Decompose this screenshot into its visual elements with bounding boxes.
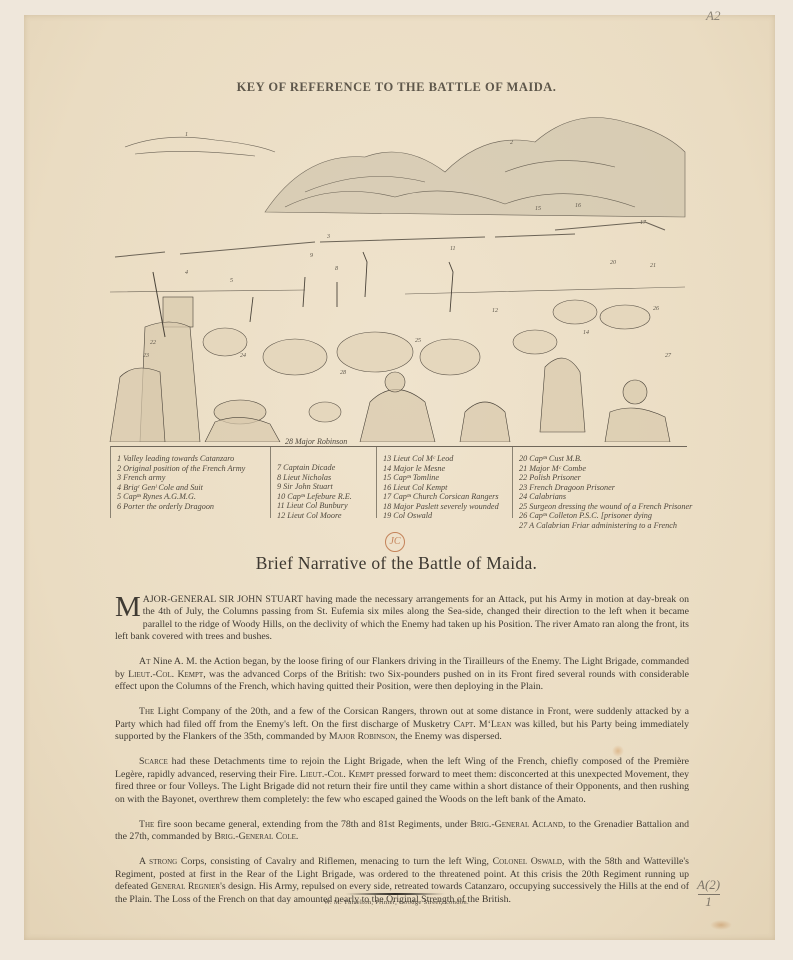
svg-text:2: 2 xyxy=(510,140,513,146)
svg-text:16: 16 xyxy=(575,203,581,209)
svg-text:17: 17 xyxy=(640,220,647,226)
svg-text:14: 14 xyxy=(583,329,589,336)
person-name: Lieut.-Col. Kempt xyxy=(128,669,203,680)
person-name: Capt. M‘Lean xyxy=(454,719,512,730)
person-name: Brig.-General Cole xyxy=(214,831,296,842)
legend-item: 2 Original position of the French Army xyxy=(117,464,266,474)
legend-item: 23 French Dragoon Prisoner xyxy=(519,483,683,493)
narrative-paragraph-1: MAJOR-GENERAL SIR JOHN STUART having mad… xyxy=(115,594,689,644)
narrative-paragraph-3: The Light Company of the 20th, and a few… xyxy=(115,706,689,743)
paragraph-lead: Scarce xyxy=(139,756,168,767)
svg-text:28: 28 xyxy=(340,370,346,376)
svg-text:4: 4 xyxy=(185,269,188,276)
legend-item: 20 Capᵗⁿ Cust M.B. xyxy=(519,454,683,464)
legend-item: 14 Major le Mesne xyxy=(383,464,508,474)
person-name: General Regnier xyxy=(151,881,220,892)
paragraph-text: . xyxy=(296,831,298,842)
drop-cap: M xyxy=(115,595,141,619)
paragraph-text: fire soon became general, extending from… xyxy=(154,819,470,830)
legend-item: 6 Porter the orderly Dragoon xyxy=(117,502,266,512)
legend-item: 21 Major Mᶜ Combe xyxy=(519,464,683,474)
legend-column-1: 1 Valley leading towards Catanzaro 2 Ori… xyxy=(111,447,271,518)
legend-item: 17 Capᵗⁿ Church Corsican Rangers xyxy=(383,492,508,502)
printer-imprint: W. M. Thiselton, Printer, Goodge Street,… xyxy=(0,899,793,906)
legend-item: 7 Captain Dicade xyxy=(277,463,372,473)
narrative-paragraph-4: Scarce had these Detachments time to rej… xyxy=(115,756,689,806)
legend-item: 4 Brigʳ Genˡ Cole and Suit xyxy=(117,483,266,493)
narrative-body: MAJOR-GENERAL SIR JOHN STUART having mad… xyxy=(115,594,689,919)
legend-item: 10 Capᵗⁿ Lefebure R.E. xyxy=(277,492,372,502)
paragraph-lead: At xyxy=(139,656,150,667)
svg-text:20: 20 xyxy=(610,260,616,266)
svg-text:23: 23 xyxy=(143,353,149,359)
svg-text:11: 11 xyxy=(450,246,456,252)
legend-column-4: 20 Capᵗⁿ Cust M.B. 21 Major Mᶜ Combe 22 … xyxy=(513,447,687,518)
engraving-illustration: 1 2 3 9 11 5 4 8 16 15 17 20 21 12 26 22… xyxy=(105,112,695,442)
printer-divider xyxy=(345,893,445,895)
legend-item: 13 Lieut Col Mᶜ Leod xyxy=(383,454,508,464)
paragraph-lead: The xyxy=(139,819,154,830)
person-name: Brig.-General Acland xyxy=(470,819,563,830)
legend-item: 3 French army xyxy=(117,473,266,483)
svg-text:15: 15 xyxy=(535,206,541,212)
svg-text:12: 12 xyxy=(492,308,498,314)
svg-text:25: 25 xyxy=(415,338,421,344)
legend-item: 11 Lieut Col Bunbury xyxy=(277,501,372,511)
legend-item: 24 Calabrians xyxy=(519,492,683,502)
person-name: Lieut.-Col. Kempt xyxy=(300,769,374,780)
legend-column-3: 13 Lieut Col Mᶜ Leod 14 Major le Mesne 1… xyxy=(377,447,513,518)
legend-item: 27 A Calabrian Friar administering to a … xyxy=(519,521,683,531)
person-name: Major Robinson xyxy=(329,731,395,742)
narrative-paragraph-2: At Nine A. M. the Action began, by the l… xyxy=(115,656,689,693)
legend-item: 22 Polish Prisoner xyxy=(519,473,683,483)
svg-text:8: 8 xyxy=(335,266,338,272)
svg-text:27: 27 xyxy=(665,353,672,359)
archive-mark-bottom: 1 xyxy=(705,894,712,909)
paragraph-text: Corps, consisting of Cavalry and Rifleme… xyxy=(177,856,492,867)
legend-column-2: 7 Captain Dicade 8 Lieut Nicholas 9 Sir … xyxy=(271,447,377,518)
legend-item: 12 Lieut Col Moore xyxy=(277,511,372,521)
narrative-title: Brief Narrative of the Battle of Maida. xyxy=(0,553,793,574)
narrative-paragraph-5: The fire soon became general, extending … xyxy=(115,819,689,844)
paragraph-lead: The xyxy=(139,706,154,717)
svg-text:5: 5 xyxy=(230,278,233,284)
svg-text:1: 1 xyxy=(185,132,188,138)
paragraph-text: , the Enemy was dispersed. xyxy=(395,731,502,742)
legend-item: 9 Sir John Stuart xyxy=(277,482,372,492)
legend-item: 1 Valley leading towards Catanzaro xyxy=(117,454,266,464)
legend-item: 5 Capᵗⁿ Rynes A.G.M.G. xyxy=(117,492,266,502)
svg-text:24: 24 xyxy=(240,352,246,359)
svg-text:26: 26 xyxy=(653,306,659,312)
legend-item: 16 Lieut Col Kempt xyxy=(383,483,508,493)
legend-item: 25 Surgeon dressing the wound of a Frenc… xyxy=(519,502,683,512)
svg-text:9: 9 xyxy=(310,253,313,259)
person-name: Colonel Oswald xyxy=(493,856,562,867)
paragraph-lead: A strong xyxy=(139,856,177,867)
svg-text:21: 21 xyxy=(650,263,656,269)
paper-stain xyxy=(710,920,732,930)
paper-stain xyxy=(612,745,624,757)
key-title: KEY OF REFERENCE TO THE BATTLE OF MAIDA. xyxy=(0,80,793,95)
battle-engraving: 1 2 3 9 11 5 4 8 16 15 17 20 21 12 26 22… xyxy=(105,112,695,442)
paragraph-lead: AJOR-GENERAL SIR JOHN STUART xyxy=(143,594,303,605)
corner-pencil-mark: A2 xyxy=(706,8,720,24)
key-legend: 1 Valley leading towards Catanzaro 2 Ori… xyxy=(110,446,687,518)
monogram-stamp-icon: JC xyxy=(385,532,405,552)
legend-item: 15 Capᵗⁿ Tomline xyxy=(383,473,508,483)
legend-item: 8 Lieut Nicholas xyxy=(277,473,372,483)
svg-text:22: 22 xyxy=(150,340,156,346)
legend-item: 18 Major Paslett severely wounded xyxy=(383,502,508,512)
legend-item: 19 Col Oswald xyxy=(383,511,508,521)
archive-mark-top: A(2) xyxy=(697,877,720,892)
figure-label-major-robinson: 28 Major Robinson xyxy=(285,437,347,446)
archive-pencil-mark: A(2) 1 xyxy=(697,878,720,909)
legend-item: 26 Capᵗⁿ Colleton P.S.C. [prisoner dying xyxy=(519,511,683,521)
svg-text:3: 3 xyxy=(326,234,330,240)
